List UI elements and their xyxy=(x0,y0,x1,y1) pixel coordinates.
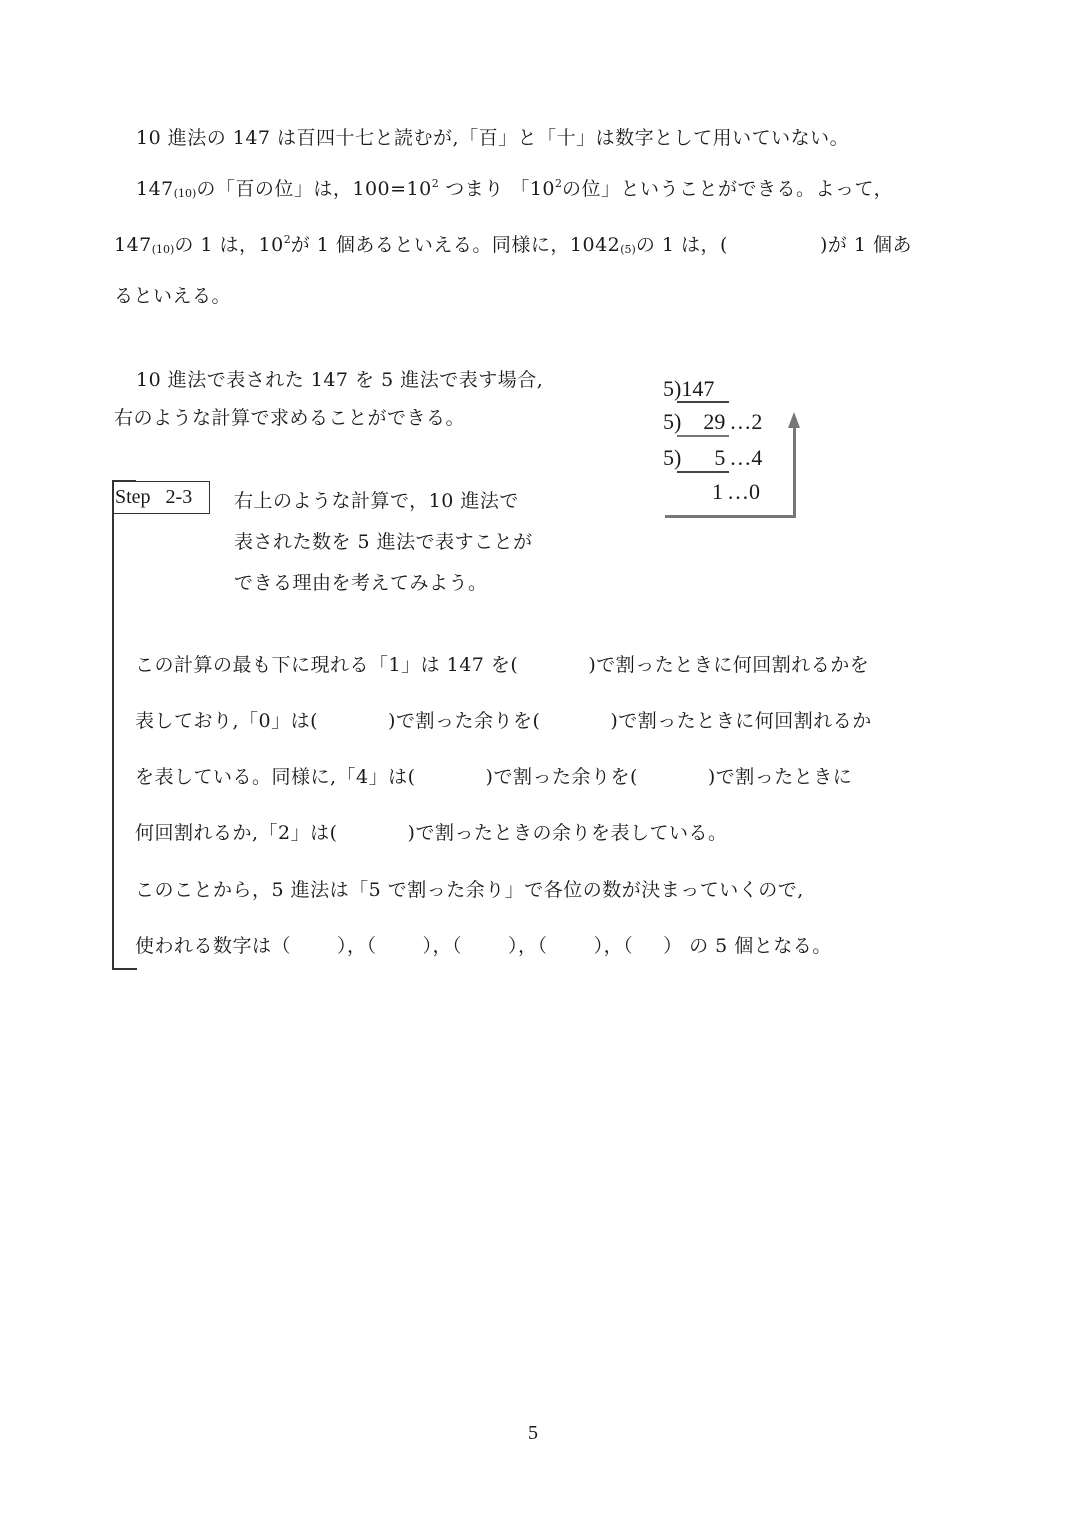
method-line-2: 右のような計算で求めることができる。 xyxy=(114,406,465,430)
step-bracket-bottom xyxy=(112,968,137,970)
method-line-1: 10 進法で表された 147 を 5 進法で表す場合, xyxy=(136,368,543,392)
intro-line-3: 147(10)の 1 は，102が 1 個あるといえる。同様に，1042(5)の… xyxy=(114,228,912,262)
answer-line-2: 表しており,「0」は()で割った余りを()で割ったときに何回割れるか xyxy=(135,709,872,733)
intro-line-4: るといえる。 xyxy=(114,284,231,308)
step-line-3: できる理由を考えてみよう。 xyxy=(234,571,488,595)
calc-row-2: 5)29…2 xyxy=(663,409,762,435)
calc-underline-2 xyxy=(677,435,729,437)
answer-line-3: を表している。同様に,「4」は()で割った余りを()で割ったときに xyxy=(135,765,852,789)
step-line-1: 右上のような計算で，10 進法で xyxy=(234,489,519,513)
step-label: Step 2-3 xyxy=(112,481,210,514)
answer-line-4: 何回割れるか,「2」は()で割ったときの余りを表している。 xyxy=(135,821,727,845)
answer-line-5: このことから，5 進法は「5 で割った余り」で各位の数が決まっていくので, xyxy=(135,878,804,902)
calc-row-3: 5)5…4 xyxy=(663,445,762,471)
intro-line-1: 10 進法の 147 は百四十七と読むが,「百」と「十」は数字として用いていない… xyxy=(136,126,849,150)
page-number: 5 xyxy=(528,1422,538,1445)
calc-row-1: 5)147 xyxy=(663,376,714,402)
step-bracket-left xyxy=(112,480,114,969)
arrow-line-vertical xyxy=(793,424,796,518)
step-line-2: 表された数を 5 進法で表すことが xyxy=(234,530,533,554)
intro-line-2: 147(10)の「百の位」は，100=102 つまり 「102の位」ということが… xyxy=(136,172,893,206)
calc-underline-3 xyxy=(677,471,729,473)
intro-text: 10 進法の 147 は百四十七と読むが,「百」と「十」は数字として用いていない… xyxy=(136,127,849,149)
calc-row-4: 1…0 xyxy=(663,479,760,505)
calc-underline-1 xyxy=(677,401,729,403)
division-calculation: 5)147 5)29…2 5)5…4 1…0 xyxy=(663,372,813,522)
answer-line-6: 使われる数字は（），（），（），（），（） の 5 個となる。 xyxy=(135,934,832,958)
up-arrow-icon xyxy=(788,412,800,428)
answer-line-1: この計算の最も下に現れる「1」は 147 を()で割ったときに何回割れるかを xyxy=(135,653,869,677)
arrow-line-horizontal xyxy=(665,515,796,518)
